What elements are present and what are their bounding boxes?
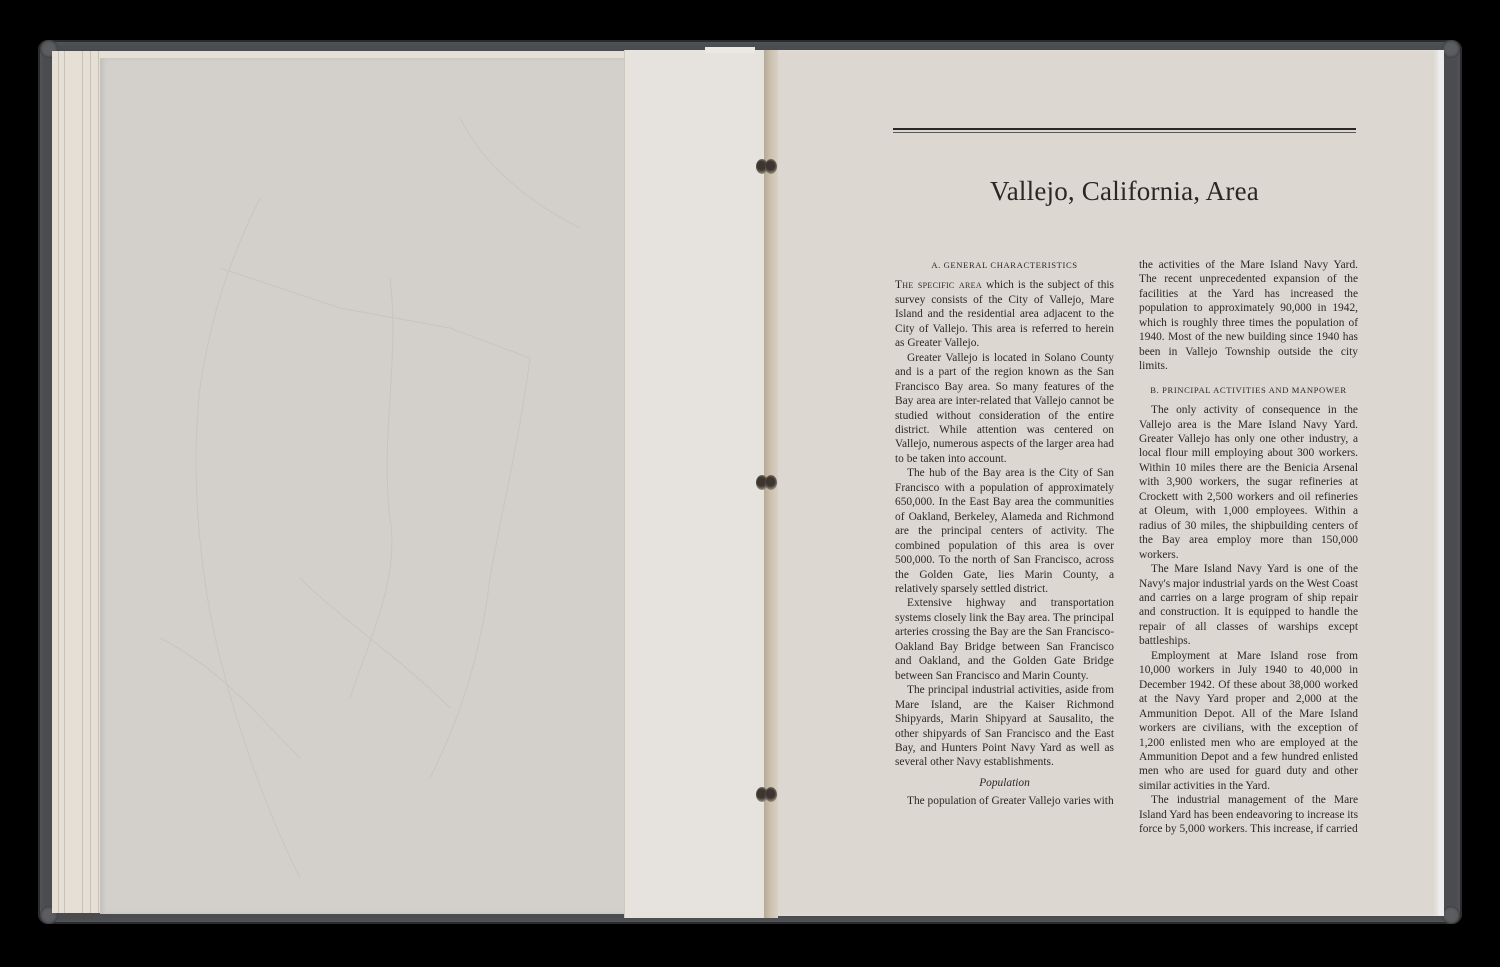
section-heading-a: A. General Characteristics bbox=[895, 258, 1114, 272]
cover-corner-bottom-right bbox=[1442, 906, 1460, 924]
paragraph: The population of Greater Vallejo varies… bbox=[895, 794, 1114, 808]
paragraph: The principal industrial activities, asi… bbox=[895, 683, 1114, 770]
paragraph: The hub of the Bay area is the City of S… bbox=[895, 466, 1114, 596]
paragraph: the activities of the Mare Island Navy Y… bbox=[1139, 258, 1358, 374]
text-column-left: A. General Characteristics The specific … bbox=[895, 258, 1114, 809]
binding-ring-top bbox=[756, 158, 778, 176]
paragraph: Extensive highway and transportation sys… bbox=[895, 596, 1114, 683]
left-page bbox=[100, 58, 624, 914]
binding-ring-bottom bbox=[756, 786, 778, 804]
sheet-tear bbox=[705, 47, 755, 53]
cover-corner-top-right bbox=[1442, 40, 1460, 58]
header-rule bbox=[893, 128, 1356, 130]
page-title: Vallejo, California, Area bbox=[893, 176, 1356, 207]
paragraph: Greater Vallejo is located in Solano Cou… bbox=[895, 351, 1114, 467]
section-heading-b: B. Principal Activities and Manpower bbox=[1139, 383, 1358, 397]
text-column-right: the activities of the Mare Island Navy Y… bbox=[1139, 258, 1358, 837]
subheading-population: Population bbox=[895, 776, 1114, 790]
lead-in: The specific area bbox=[895, 279, 982, 291]
paragraph: The Mare Island Navy Yard is one of the … bbox=[1139, 562, 1358, 649]
paragraph: The industrial management of the Mare Is… bbox=[1139, 793, 1358, 836]
binding-ring-middle bbox=[756, 474, 778, 492]
paragraph: Employment at Mare Island rose from 10,0… bbox=[1139, 649, 1358, 794]
tipped-in-sheet bbox=[624, 50, 765, 918]
paragraph: The only activity of consequence in the … bbox=[1139, 403, 1358, 562]
map-show-through bbox=[100, 58, 624, 914]
header-rule-thin bbox=[893, 132, 1356, 133]
right-page-edge bbox=[1438, 50, 1444, 916]
paragraph: The specific area which is the subject o… bbox=[895, 278, 1114, 350]
